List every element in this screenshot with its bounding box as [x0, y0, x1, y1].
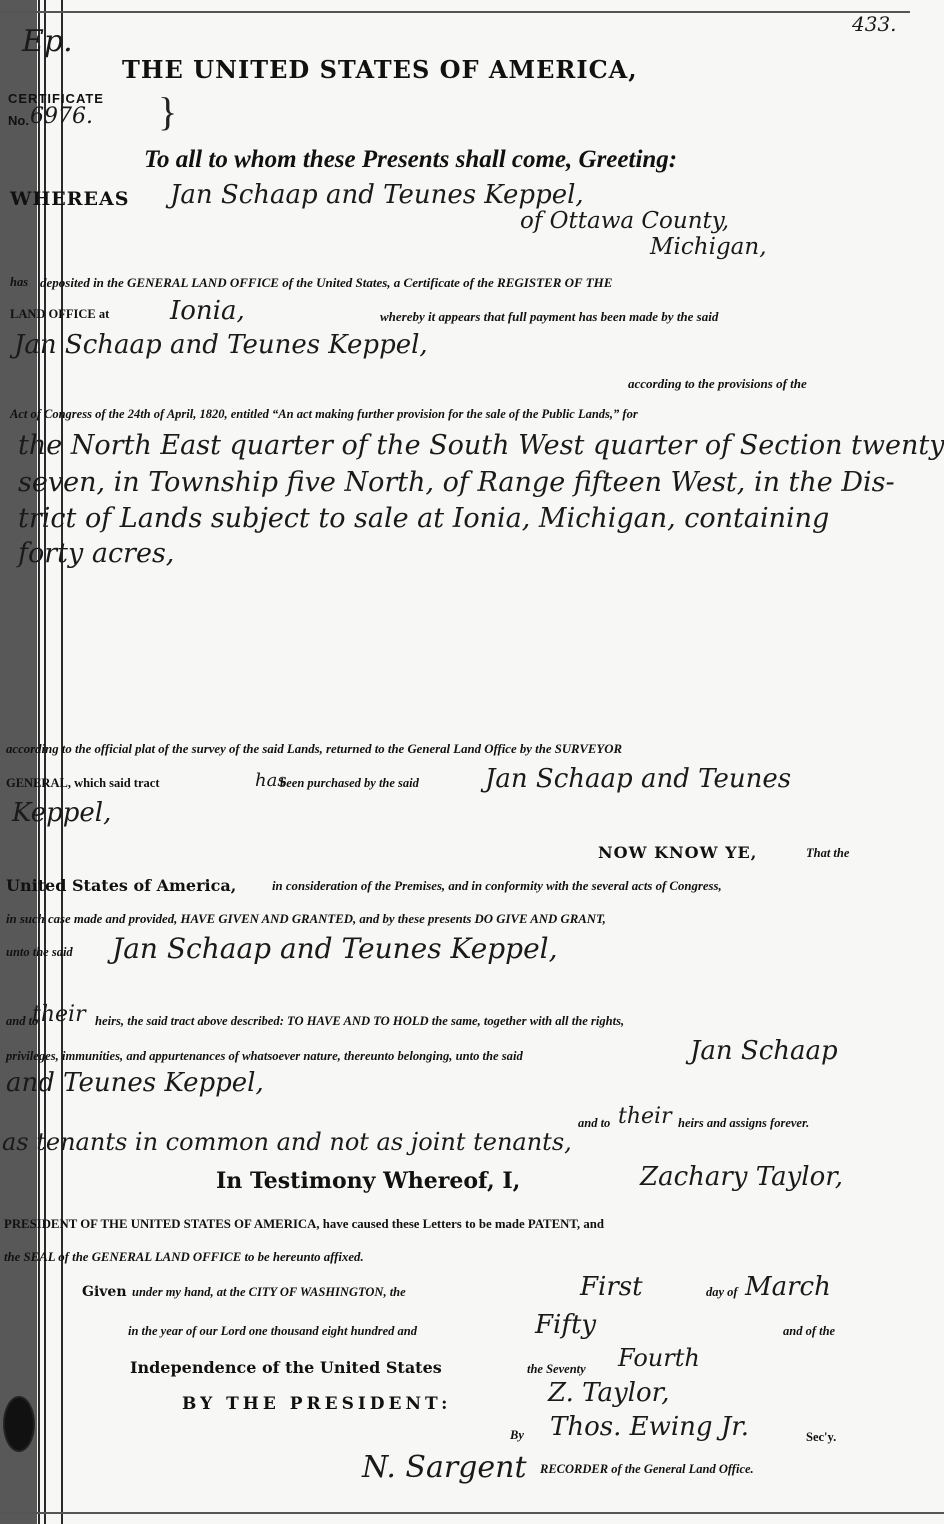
- provisions-text: according to the provisions of the: [628, 376, 807, 392]
- the-seventy: the Seventy: [527, 1362, 586, 1377]
- given-word: Given: [82, 1284, 127, 1300]
- act-of-congress: Act of Congress of the 24th of April, 18…: [10, 407, 638, 422]
- their-handwritten: their: [32, 1002, 86, 1027]
- land-office-label: LAND OFFICE at: [10, 307, 109, 322]
- day-of: day of: [706, 1285, 738, 1300]
- habendum-names-cont: and Teunes Keppel,: [6, 1068, 264, 1098]
- survey-line1: according to the official plat of the su…: [6, 742, 622, 757]
- margin-rule: [61, 0, 63, 1524]
- residence-county: of Ottawa County,: [520, 208, 729, 234]
- land-office-location: Ionia,: [170, 296, 245, 326]
- president-name: Zachary Taylor,: [640, 1162, 843, 1192]
- document-title: THE UNITED STATES OF AMERICA,: [122, 55, 638, 84]
- that-the: That the: [806, 846, 849, 861]
- margin-rule: [38, 0, 40, 1524]
- recorder-signature: N. Sargent: [362, 1450, 527, 1485]
- habendum-line1: heirs, the said tract above described: T…: [95, 1014, 624, 1029]
- given-month: March: [745, 1272, 831, 1302]
- survey-line2-mid: been purchased by the said: [280, 776, 419, 791]
- patentee-names: Jan Schaap and Teunes Keppel,: [170, 180, 584, 210]
- land-description-line: seven, in Township five North, of Range …: [18, 467, 895, 498]
- given-line1: under my hand, at the CITY OF WASHINGTON…: [132, 1285, 406, 1300]
- unto-the-said: unto the said: [6, 945, 73, 960]
- certificate-no-label: No.: [8, 113, 29, 128]
- given-line2: in the year of our Lord one thousand eig…: [128, 1324, 417, 1339]
- secretary-title: Sec'y.: [806, 1430, 836, 1445]
- heirs-forever: heirs and assigns forever.: [678, 1116, 809, 1131]
- survey-line2-prefix: GENERAL, which said tract: [6, 776, 159, 791]
- given-day: First: [580, 1272, 643, 1302]
- usa-blackletter: United States of America,: [6, 876, 236, 895]
- land-description-line: trict of Lands subject to sale at Ionia,…: [18, 503, 829, 534]
- secretary-signature: Thos. Ewing Jr.: [550, 1412, 749, 1442]
- page-number: 433.: [852, 12, 897, 36]
- whereas-label: WHEREAS: [10, 188, 130, 210]
- deposit-line2: whereby it appears that full payment has…: [380, 309, 718, 325]
- margin-note: Ep.: [22, 24, 73, 59]
- grant-line3: in such case made and provided, HAVE GIV…: [6, 912, 606, 927]
- land-description-line: the North East quarter of the South West…: [18, 430, 944, 461]
- greeting: To all to whom these Presents shall come…: [144, 146, 677, 174]
- payer-names: Jan Schaap and Teunes Keppel,: [14, 330, 428, 360]
- top-rule: [0, 11, 910, 13]
- margin-rule: [44, 0, 46, 1524]
- habendum-names: Jan Schaap: [690, 1036, 838, 1066]
- and-to-2: and to: [578, 1116, 610, 1131]
- independence-text: Independence of the United States: [130, 1358, 442, 1377]
- has-prefix: has: [10, 275, 28, 290]
- tenancy-clause: as tenants in common and not as joint te…: [2, 1128, 572, 1156]
- deposit-line1: deposited in the GENERAL LAND OFFICE of …: [40, 275, 612, 291]
- given-year: Fifty: [535, 1310, 596, 1340]
- residence-state: Michigan,: [650, 234, 767, 260]
- brace: }: [158, 88, 177, 135]
- testimony-line2: PRESIDENT OF THE UNITED STATES OF AMERIC…: [4, 1217, 604, 1232]
- purchaser-names-cont: Keppel,: [12, 798, 111, 828]
- their-handwritten-2: their: [618, 1104, 672, 1129]
- president-signature: Z. Taylor,: [548, 1378, 669, 1408]
- purchaser-names: Jan Schaap and Teunes: [485, 764, 791, 794]
- and-of-the: and of the: [783, 1324, 835, 1339]
- testimony-label: In Testimony Whereof, I,: [216, 1168, 520, 1194]
- grantee-names: Jan Schaap and Teunes Keppel,: [112, 932, 558, 965]
- now-know-ye: NOW KNOW YE,: [598, 843, 757, 862]
- scan-dark-margin: [0, 0, 37, 1524]
- testimony-line3: the SEAL of the GENERAL LAND OFFICE to b…: [4, 1250, 364, 1265]
- recorder-title: RECORDER of the General Land Office.: [540, 1462, 754, 1477]
- independence-year: Fourth: [618, 1344, 700, 1372]
- by-label: By: [510, 1428, 524, 1443]
- certificate-number: 6976.: [30, 104, 93, 129]
- bottom-rule: [0, 1512, 944, 1514]
- by-the-president: BY THE PRESIDENT:: [182, 1394, 451, 1414]
- seal-icon: [5, 1398, 33, 1450]
- grant-line2: in consideration of the Premises, and in…: [272, 879, 722, 894]
- land-description-line: forty acres,: [18, 538, 174, 569]
- habendum-line2: privileges, immunities, and appurtenance…: [6, 1049, 523, 1064]
